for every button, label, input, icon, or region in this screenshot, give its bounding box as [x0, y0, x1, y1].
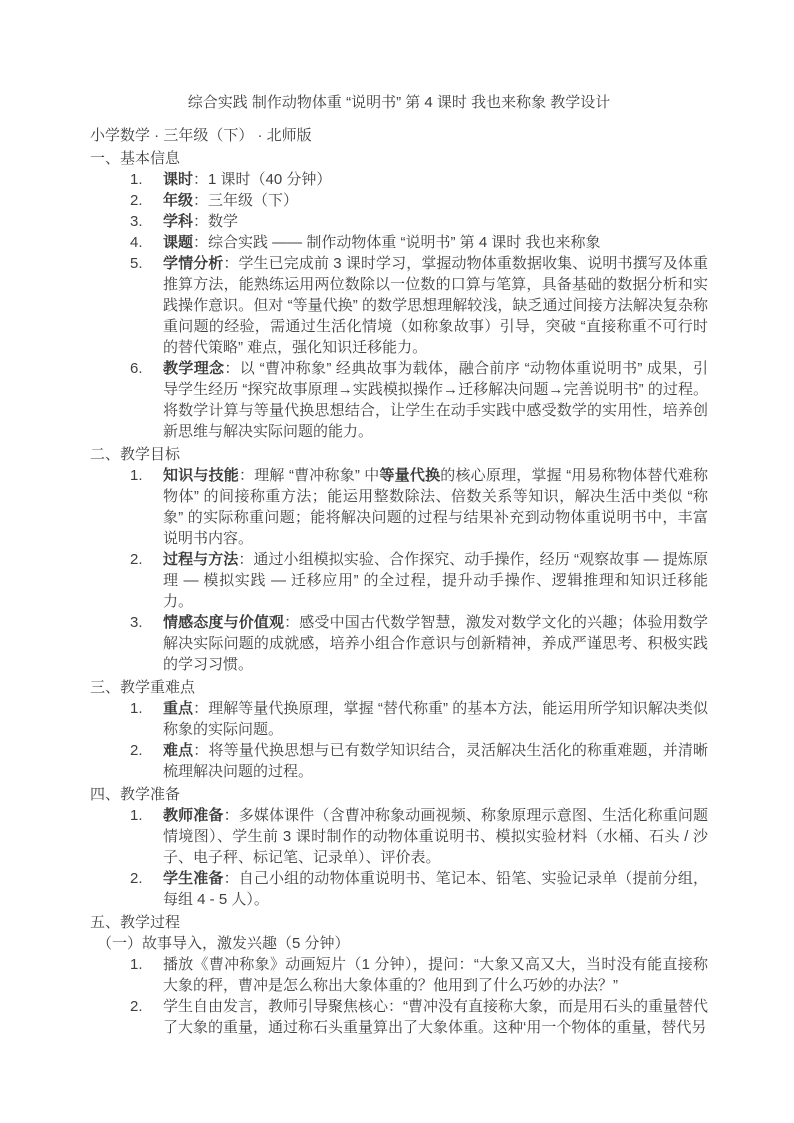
text-segment-bold: 难点: [163, 742, 193, 759]
section: 三、教学重难点1.重点：理解等量代换原理，掌握 “替代称重” 的基本方法，能运用…: [90, 677, 708, 782]
text-segment: ：综合实践 —— 制作动物体重 “说明书” 第 4 课时 我也来称象: [193, 234, 601, 251]
text-segment-bold: 等量代换: [379, 467, 440, 484]
list-item: 1.课时：1 课时（40 分钟）: [90, 169, 708, 190]
text-segment-bold: 课时: [163, 171, 193, 188]
list-item-text: 知识与技能：理解 “曹冲称象” 中等量代换的核心原理，掌握 “用易称物体替代难称…: [163, 467, 708, 547]
text-segment-bold: 知识与技能: [163, 467, 239, 484]
text-segment-bold: 过程与方法: [163, 551, 238, 568]
text-segment: ：多媒体课件（含曹冲称象动画视频、称象原理示意图、生活化称重问题情境图）、学生前…: [163, 807, 708, 866]
text-segment: ：理解等量代换原理，掌握 “替代称重” 的基本方法，能运用所学知识解决类似称象的…: [163, 700, 708, 738]
list-item-text: 教师准备：多媒体课件（含曹冲称象动画视频、称象原理示意图、生活化称重问题情境图）…: [163, 807, 708, 866]
document-subtitle: 小学数学 · 三年级（下） · 北师版: [90, 125, 708, 146]
list-item: 3.学科：数学: [90, 211, 708, 232]
text-segment: 播放《曹冲称象》动画短片（1 分钟），提问：“大象又高又大，当时没有能直接称大象…: [163, 956, 708, 994]
list-item-text: 学生自由发言，教师引导聚焦核心：“曹冲没有直接称大象，而是用石头的重量替代了大象…: [163, 998, 708, 1036]
text-segment: ：三年级（下）: [193, 192, 298, 209]
list-item: 2.学生准备：自己小组的动物体重说明书、笔记本、铅笔、实验记录单（提前分组，每组…: [90, 868, 708, 910]
list-item-text: 学生准备：自己小组的动物体重说明书、笔记本、铅笔、实验记录单（提前分组，每组 4…: [163, 870, 708, 908]
section: 二、教学目标1.知识与技能：理解 “曹冲称象” 中等量代换的核心原理，掌握 “用…: [90, 444, 708, 675]
section-heading: 一、基本信息: [90, 148, 708, 169]
list-item-text: 情感态度与价值观：感受中国古代数学智慧，激发对数学文化的兴趣；体验用数学解决实际…: [163, 614, 708, 673]
list-item-marker: 1.: [130, 805, 143, 826]
text-segment: ：自己小组的动物体重说明书、笔记本、铅笔、实验记录单（提前分组，每组 4 - 5…: [163, 870, 708, 908]
page-title: 综合实践 制作动物体重 “说明书” 第 4 课时 我也来称象 教学设计: [90, 92, 708, 113]
list-item-marker: 2.: [130, 868, 143, 889]
list-item: 4.课题：综合实践 —— 制作动物体重 “说明书” 第 4 课时 我也来称象: [90, 232, 708, 253]
section: 四、教学准备1.教师准备：多媒体课件（含曹冲称象动画视频、称象原理示意图、生活化…: [90, 784, 708, 910]
list-item-text: 学情分析：学生已完成前 3 课时学习，掌握动物体重数据收集、说明书撰写及体重推算…: [163, 255, 708, 356]
text-segment-bold: 年级: [163, 192, 193, 209]
text-segment-bold: 学情分析: [163, 255, 223, 272]
section-heading: 四、教学准备: [90, 784, 708, 805]
list-item-text: 教学理念：以 “曹冲称象” 经典故事为载体，融合前序 “动物体重说明书” 成果，…: [163, 360, 708, 440]
text-segment: ：理解 “曹冲称象” 中: [239, 467, 380, 484]
text-segment: ：学生已完成前 3 课时学习，掌握动物体重数据收集、说明书撰写及体重推算方法，能…: [163, 255, 708, 356]
section: 一、基本信息1.课时：1 课时（40 分钟）2.年级：三年级（下）3.学科：数学…: [90, 148, 708, 442]
list-item-marker: 3.: [130, 211, 143, 232]
text-segment: ：以 “曹冲称象” 经典故事为载体，融合前序 “动物体重说明书” 成果，引导学生…: [163, 360, 708, 440]
list-item-text: 学科：数学: [163, 213, 238, 230]
list-item: 5.学情分析：学生已完成前 3 课时学习，掌握动物体重数据收集、说明书撰写及体重…: [90, 253, 708, 358]
list-item-marker: 6.: [130, 358, 143, 379]
list-item-text: 播放《曹冲称象》动画短片（1 分钟），提问：“大象又高又大，当时没有能直接称大象…: [163, 956, 708, 994]
list-item: 1.重点：理解等量代换原理，掌握 “替代称重” 的基本方法，能运用所学知识解决类…: [90, 698, 708, 740]
list-item: 2.难点：将等量代换思想与已有数学知识结合，灵活解决生活化的称重难题，并清晰梳理…: [90, 740, 708, 782]
text-segment-bold: 重点: [163, 700, 193, 717]
list-item: 2.过程与方法：通过小组模拟实验、合作探究、动手操作，经历 “观察故事 — 提炼…: [90, 549, 708, 612]
list-item-marker: 2.: [130, 549, 143, 570]
section-heading: 二、教学目标: [90, 444, 708, 465]
list-item-marker: 3.: [130, 612, 143, 633]
list-item-marker: 2.: [130, 190, 143, 211]
text-segment-bold: 学生准备: [163, 870, 224, 887]
section-subheading: （一）故事导入，激发兴趣（5 分钟）: [90, 933, 708, 954]
list-item-text: 年级：三年级（下）: [163, 192, 298, 209]
section: 五、教学过程（一）故事导入，激发兴趣（5 分钟）1.播放《曹冲称象》动画短片（1…: [90, 912, 708, 1038]
section-heading: 五、教学过程: [90, 912, 708, 933]
text-segment-bold: 情感态度与价值观: [163, 614, 284, 631]
list-item-text: 过程与方法：通过小组模拟实验、合作探究、动手操作，经历 “观察故事 — 提炼原理…: [163, 551, 708, 610]
list-item: 2.年级：三年级（下）: [90, 190, 708, 211]
list-item-marker: 2.: [130, 740, 143, 761]
list-item-text: 课题：综合实践 —— 制作动物体重 “说明书” 第 4 课时 我也来称象: [163, 234, 601, 251]
text-segment: ：数学: [193, 213, 238, 230]
text-segment: ：1 课时（40 分钟）: [193, 171, 331, 188]
list-item-marker: 1.: [130, 698, 143, 719]
list-item: 1.播放《曹冲称象》动画短片（1 分钟），提问：“大象又高又大，当时没有能直接称…: [90, 954, 708, 996]
document-page: 综合实践 制作动物体重 “说明书” 第 4 课时 我也来称象 教学设计 小学数学…: [0, 0, 794, 1123]
text-segment-bold: 教师准备: [163, 807, 224, 824]
list-item: 3.情感态度与价值观：感受中国古代数学智慧，激发对数学文化的兴趣；体验用数学解决…: [90, 612, 708, 675]
list-item: 1.教师准备：多媒体课件（含曹冲称象动画视频、称象原理示意图、生活化称重问题情境…: [90, 805, 708, 868]
list-item-marker: 2.: [130, 996, 143, 1017]
list-item-marker: 1.: [130, 465, 143, 486]
list-item: 2.学生自由发言，教师引导聚焦核心：“曹冲没有直接称大象，而是用石头的重量替代了…: [90, 996, 708, 1038]
list-item-text: 重点：理解等量代换原理，掌握 “替代称重” 的基本方法，能运用所学知识解决类似称…: [163, 700, 708, 738]
text-segment: 学生自由发言，教师引导聚焦核心：“曹冲没有直接称大象，而是用石头的重量替代了大象…: [163, 998, 708, 1036]
list-item-marker: 5.: [130, 253, 143, 274]
text-segment-bold: 学科: [163, 213, 193, 230]
text-segment: ：通过小组模拟实验、合作探究、动手操作，经历 “观察故事 — 提炼原理 — 模拟…: [163, 551, 708, 610]
list-item-marker: 4.: [130, 232, 143, 253]
list-item-text: 课时：1 课时（40 分钟）: [163, 171, 331, 188]
list-item-marker: 1.: [130, 954, 143, 975]
list-item-marker: 1.: [130, 169, 143, 190]
text-segment-bold: 教学理念: [163, 360, 224, 377]
list-item-text: 难点：将等量代换思想与已有数学知识结合，灵活解决生活化的称重难题，并清晰梳理解决…: [163, 742, 708, 780]
list-item: 6.教学理念：以 “曹冲称象” 经典故事为载体，融合前序 “动物体重说明书” 成…: [90, 358, 708, 442]
list-item: 1.知识与技能：理解 “曹冲称象” 中等量代换的核心原理，掌握 “用易称物体替代…: [90, 465, 708, 549]
section-heading: 三、教学重难点: [90, 677, 708, 698]
document-sections: 一、基本信息1.课时：1 课时（40 分钟）2.年级：三年级（下）3.学科：数学…: [90, 148, 708, 1038]
text-segment: ：将等量代换思想与已有数学知识结合，灵活解决生活化的称重难题，并清晰梳理解决问题…: [163, 742, 708, 780]
text-segment-bold: 课题: [163, 234, 193, 251]
